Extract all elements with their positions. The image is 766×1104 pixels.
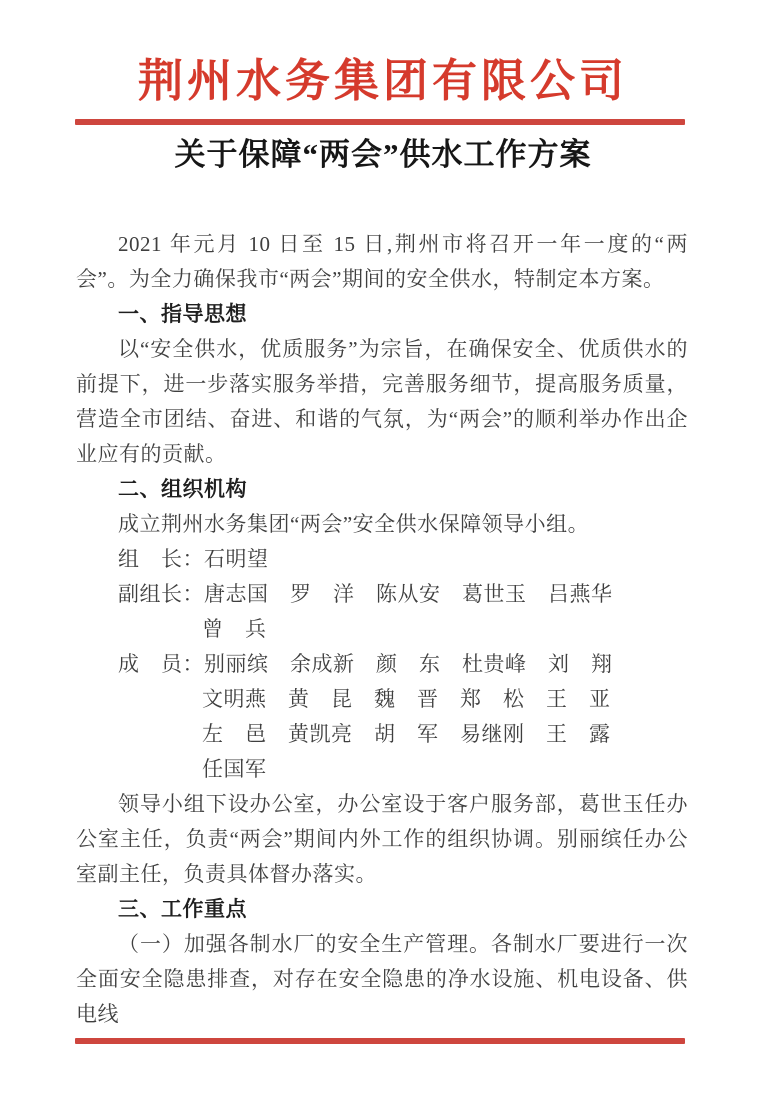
- roster-row-deputy-continued: 曾 兵: [76, 612, 688, 647]
- roster-row-deputy-leaders: 副组长：唐志国 罗 洋 陈从安 葛世玉 吕燕华: [76, 577, 688, 612]
- company-letterhead-title: 荆州水务集团有限公司: [0, 56, 766, 106]
- document-body: 2021 年元月 10 日至 15 日,荆州市将召开一年一度的“两会”。为全力确…: [76, 227, 688, 1032]
- roster-names-members-4: 任国军: [202, 757, 267, 781]
- roster-names-members-2: 文明燕 黄 昆 魏 晋 郑 松 王 亚: [202, 687, 611, 711]
- section-3-heading: 三、工作重点: [76, 892, 688, 927]
- section-2-office-paragraph: 领导小组下设办公室，办公室设于客户服务部，葛世玉任办公室主任，负责“两会”期间内…: [76, 787, 688, 892]
- roster-row-members-continued-2: 左 邑 黄凯亮 胡 军 易继刚 王 露: [76, 717, 688, 752]
- roster-label-leader: 组 长：: [118, 547, 204, 571]
- intro-paragraph: 2021 年元月 10 日至 15 日,荆州市将召开一年一度的“两会”。为全力确…: [76, 227, 688, 297]
- roster-label-deputy: 副组长：: [118, 582, 204, 606]
- roster-names-members-1: 别丽缤 余成新 颜 东 杜贵峰 刘 翔: [204, 652, 613, 676]
- roster-names-deputy: 唐志国 罗 洋 陈从安 葛世玉 吕燕华: [204, 582, 613, 606]
- section-2-intro: 成立荆州水务集团“两会”安全供水保障领导小组。: [76, 507, 688, 542]
- section-1-heading: 一、指导思想: [76, 297, 688, 332]
- roster-names-deputy-continued: 曾 兵: [202, 617, 267, 641]
- document-page: 荆州水务集团有限公司 关于保障“两会”供水工作方案 2021 年元月 10 日至…: [0, 0, 766, 1104]
- roster-row-members: 成 员：别丽缤 余成新 颜 东 杜贵峰 刘 翔: [76, 647, 688, 682]
- roster-names-leader: 石明望: [204, 547, 269, 571]
- roster-row-leader: 组 长：石明望: [76, 542, 688, 577]
- roster-row-members-continued-3: 任国军: [76, 752, 688, 787]
- roster-row-members-continued-1: 文明燕 黄 昆 魏 晋 郑 松 王 亚: [76, 682, 688, 717]
- section-1-paragraph: 以“安全供水，优质服务”为宗旨，在确保安全、优质供水的前提下，进一步落实服务举措…: [76, 332, 688, 472]
- footer-divider-line: [75, 1038, 685, 1044]
- section-3-item-1: （一）加强各制水厂的安全生产管理。各制水厂要进行一次全面安全隐患排查，对存在安全…: [76, 927, 688, 1032]
- roster-label-members: 成 员：: [118, 652, 204, 676]
- document-title: 关于保障“两会”供水工作方案: [0, 136, 766, 174]
- letterhead-divider-line: [75, 119, 685, 125]
- section-2-heading: 二、组织机构: [76, 472, 688, 507]
- roster-names-members-3: 左 邑 黄凯亮 胡 军 易继刚 王 露: [202, 722, 611, 746]
